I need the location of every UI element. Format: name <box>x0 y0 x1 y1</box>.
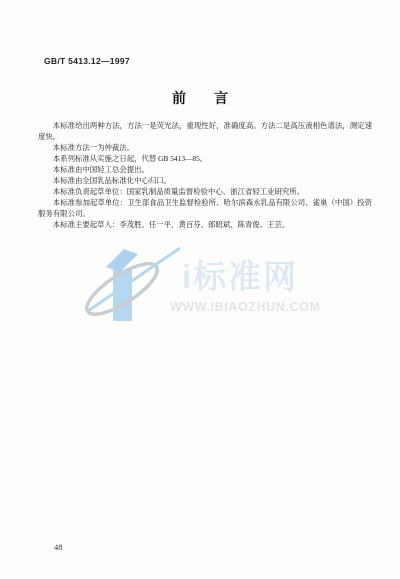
paragraph: 本标准由全国乳品标准化中心归口。 <box>38 175 372 186</box>
paragraph: 本标准给出两种方法，方法一是荧光法，重现性好，准确度高。方法二是高压液相色谱法，… <box>38 120 372 142</box>
standard-number: GB/T 5413.12—1997 <box>44 56 130 66</box>
page-title: 前言 <box>0 88 400 108</box>
watermark: i标准网 WWW.IBIAOZHUN.COM <box>80 243 325 323</box>
page-number: 48 <box>54 542 63 552</box>
paragraph: 本系列标准从实施之日起，代替 GB 5413—85。 <box>38 153 372 164</box>
ibiaozhun-logo <box>80 243 190 323</box>
paragraph: 本标准参加起草单位：卫生部食品卫生监督检验所、哈尔滨森永乳品有限公司、雀巢（中国… <box>38 197 372 219</box>
paragraph: 本标准主要起草人：李茂胜、任一平、黄百芬、郎昭斌、陈青俊、王芸。 <box>38 219 372 230</box>
paragraph: 本标准方法一为仲裁法。 <box>38 142 372 153</box>
foreword-paragraphs: 本标准给出两种方法，方法一是荧光法，重现性好，准确度高。方法二是高压液相色谱法，… <box>38 120 372 230</box>
watermark-site-url: WWW.IBIAOZHUN.COM <box>170 300 320 314</box>
watermark-site-name: i标准网 <box>182 251 298 298</box>
paragraph: 本标准负责起草单位：国家乳制品质量监督检验中心、浙江省轻工业研究所。 <box>38 186 372 197</box>
document-page: GB/T 5413.12—1997 前言 本标准给出两种方法，方法一是荧光法，重… <box>0 0 400 579</box>
paragraph: 本标准由中国轻工总会提出。 <box>38 164 372 175</box>
